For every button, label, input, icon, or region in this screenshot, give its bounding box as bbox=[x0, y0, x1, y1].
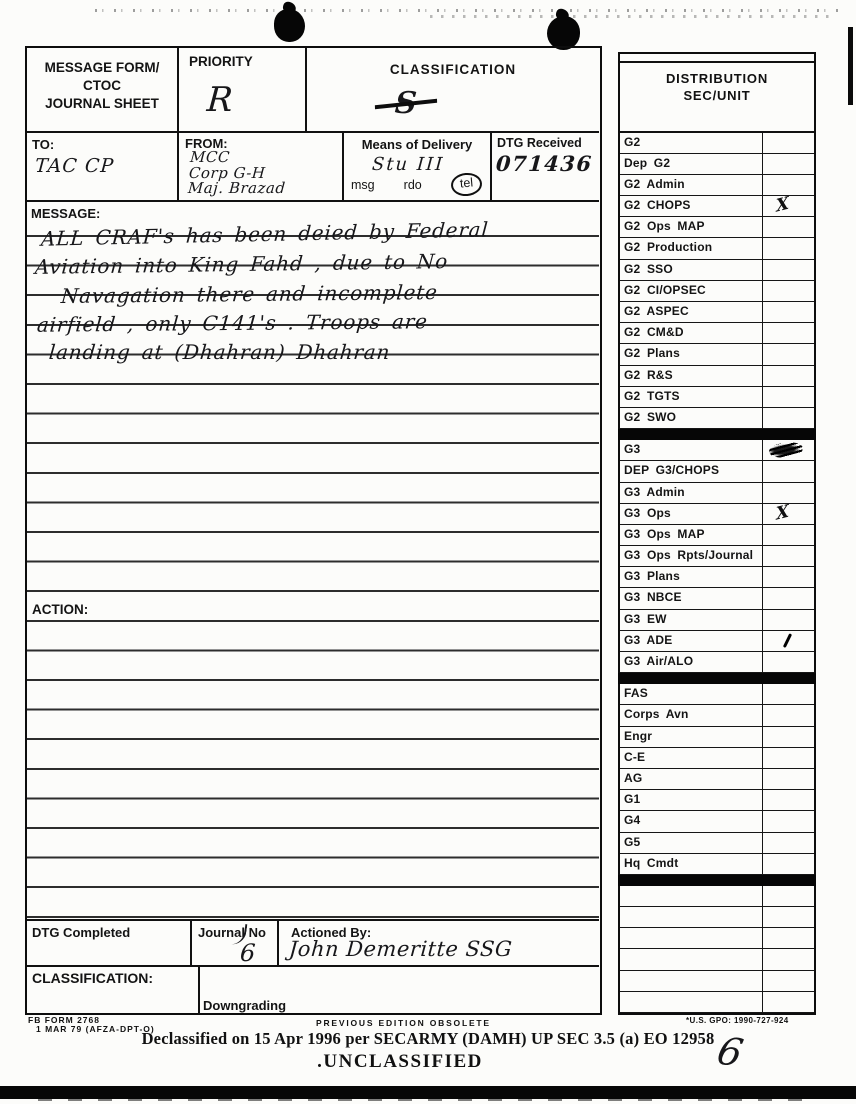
handwritten-x-mark: X bbox=[775, 193, 789, 216]
distribution-row-label: G2 ASPEC bbox=[620, 302, 762, 322]
distribution-row-label: G1 bbox=[620, 790, 762, 810]
distribution-row: G2 Production bbox=[620, 238, 814, 259]
distribution-row: G2 Plans bbox=[620, 344, 814, 365]
distribution-row: Engr bbox=[620, 727, 814, 748]
unclassified-stamp: .UNCLASSIFIED bbox=[0, 1051, 800, 1073]
distribution-row: G2 CI/OPSEC bbox=[620, 281, 814, 302]
message-handwritten-line: landing at (Dhahran) Dhahran bbox=[48, 340, 391, 364]
to-label: TO: bbox=[32, 137, 54, 152]
distribution-row-label: G2 Production bbox=[620, 238, 762, 258]
distribution-row-label: G2 SSO bbox=[620, 260, 762, 280]
distribution-row: G2 SSO bbox=[620, 260, 814, 281]
distribution-row-label: G3 Ops MAP bbox=[620, 525, 762, 545]
distribution-row: G2 bbox=[620, 133, 814, 154]
distribution-row: G2 R&S bbox=[620, 366, 814, 387]
distribution-row bbox=[620, 949, 814, 970]
distribution-row-label: DEP G3/CHOPS bbox=[620, 461, 762, 481]
message-label: MESSAGE: bbox=[31, 206, 100, 221]
section-divider-bar bbox=[618, 429, 816, 440]
distribution-check-cell: X bbox=[762, 196, 814, 216]
distribution-row: G4 bbox=[620, 811, 814, 832]
message-form: MESSAGE FORM/ CTOC JOURNAL SHEET PRIORIT… bbox=[25, 46, 602, 1015]
distribution-check-cell bbox=[762, 727, 814, 747]
distribution-check-cell bbox=[762, 366, 814, 386]
handwritten-slash-mark bbox=[783, 633, 792, 648]
distribution-check-cell bbox=[762, 461, 814, 481]
distribution-row-label: G2 TGTS bbox=[620, 387, 762, 407]
distribution-check-cell bbox=[762, 588, 814, 608]
distribution-row: G3 Plans bbox=[620, 567, 814, 588]
distribution-row-label: G3 ADE bbox=[620, 631, 762, 651]
scan-noise-band bbox=[95, 9, 840, 12]
distribution-row-label: G3 Air/ALO bbox=[620, 652, 762, 672]
distribution-row-label bbox=[620, 971, 762, 991]
distribution-row-label bbox=[620, 886, 762, 906]
journal-no-cell: Journal No 6 bbox=[192, 919, 279, 967]
delivery-option-rdo: rdo bbox=[404, 178, 422, 192]
ruled-lines bbox=[27, 235, 599, 919]
means-of-delivery-cell: Means of Delivery Stu III msgrdotel bbox=[344, 133, 492, 202]
distribution-check-cell bbox=[762, 344, 814, 364]
scan-noise-band bbox=[430, 15, 830, 18]
classification-bottom-cell: CLASSIFICATION: Downgrading bbox=[27, 967, 599, 1014]
distribution-check-cell bbox=[762, 323, 814, 343]
distribution-row-label: G3 bbox=[620, 440, 762, 460]
handwritten-scribble-mark bbox=[768, 441, 803, 458]
distribution-check-cell bbox=[762, 705, 814, 725]
distribution-check-cell bbox=[762, 408, 814, 428]
distribution-row-label: G2 SWO bbox=[620, 408, 762, 428]
distribution-row-label: G2 Plans bbox=[620, 344, 762, 364]
distribution-row bbox=[620, 928, 814, 949]
distribution-row bbox=[620, 992, 814, 1013]
distribution-table: DISTRIBUTION SEC/UNIT G2Dep G2G2 AdminG2… bbox=[618, 52, 816, 1015]
distribution-row: G3 NBCE bbox=[620, 588, 814, 609]
priority-label: PRIORITY bbox=[189, 54, 253, 69]
classification-bottom-label: CLASSIFICATION: bbox=[32, 970, 153, 986]
dtg-completed-cell: DTG Completed bbox=[27, 919, 192, 967]
distribution-check-cell bbox=[762, 133, 814, 153]
distribution-check-cell bbox=[762, 217, 814, 237]
distribution-check-cell bbox=[762, 154, 814, 174]
distribution-row-label: G3 EW bbox=[620, 610, 762, 630]
priority-cell: PRIORITY R bbox=[179, 48, 307, 133]
distribution-row: G3 Ops Rpts/Journal bbox=[620, 546, 814, 567]
distribution-row: G3 Admin bbox=[620, 483, 814, 504]
distribution-row bbox=[620, 886, 814, 907]
punch-hole-dot bbox=[547, 16, 580, 50]
distribution-row-label: Engr bbox=[620, 727, 762, 747]
means-handwritten-value: Stu III bbox=[371, 154, 445, 175]
distribution-check-cell bbox=[762, 281, 814, 301]
distribution-row bbox=[620, 907, 814, 928]
distribution-check-cell bbox=[762, 483, 814, 503]
distribution-check-cell bbox=[762, 260, 814, 280]
distribution-row: G5 bbox=[620, 833, 814, 854]
journal-no-handwritten-value: 6 bbox=[239, 939, 256, 967]
distribution-check-cell bbox=[762, 610, 814, 630]
distribution-row-label: C-E bbox=[620, 748, 762, 768]
punch-hole-dot bbox=[274, 9, 305, 42]
message-handwritten-line: Navagation there and incomplete bbox=[60, 280, 439, 308]
distribution-row: G3 OpsX bbox=[620, 504, 814, 525]
scan-edge-mark bbox=[848, 27, 853, 105]
distribution-row-label: G2 CM&D bbox=[620, 323, 762, 343]
scanned-message-form-page: MESSAGE FORM/ CTOC JOURNAL SHEET PRIORIT… bbox=[0, 0, 856, 1104]
distribution-row: AG bbox=[620, 769, 814, 790]
distribution-row-label: Dep G2 bbox=[620, 154, 762, 174]
distribution-row-label: G3 Ops Rpts/Journal bbox=[620, 546, 762, 566]
distribution-row-label: G2 Ops MAP bbox=[620, 217, 762, 237]
previous-edition-note: PREVIOUS EDITION OBSOLETE bbox=[316, 1018, 491, 1028]
distribution-row: G3 Air/ALO bbox=[620, 652, 814, 673]
distribution-row-label: Hq Cmdt bbox=[620, 854, 762, 874]
distribution-check-cell bbox=[762, 769, 814, 789]
distribution-row-label: AG bbox=[620, 769, 762, 789]
message-handwritten-line: airfield , only C141's . Troops are bbox=[36, 309, 429, 336]
distribution-row-label bbox=[620, 907, 762, 927]
distribution-row-label: FAS bbox=[620, 684, 762, 704]
from-handwritten-value: MCC Corp G-H Maj. Brazad bbox=[187, 150, 288, 197]
distribution-row: G1 bbox=[620, 790, 814, 811]
gpo-print-code: *U.S. GPO: 1990-727-924 bbox=[686, 1016, 789, 1025]
distribution-check-cell bbox=[762, 790, 814, 810]
dtg-received-handwritten-value: 071436 bbox=[495, 151, 593, 176]
distribution-row: Corps Avn bbox=[620, 705, 814, 726]
cell-divider bbox=[198, 967, 200, 1014]
distribution-row-label: G3 Ops bbox=[620, 504, 762, 524]
distribution-check-cell bbox=[762, 387, 814, 407]
dtg-received-cell: DTG Received 071436 bbox=[492, 133, 599, 202]
distribution-check-cell bbox=[762, 631, 814, 651]
distribution-row: Hq Cmdt bbox=[620, 854, 814, 875]
distribution-header: DISTRIBUTION SEC/UNIT bbox=[620, 54, 814, 133]
distribution-row: G2 CM&D bbox=[620, 323, 814, 344]
distribution-row: G2 TGTS bbox=[620, 387, 814, 408]
means-of-delivery-label: Means of Delivery bbox=[344, 133, 490, 152]
distribution-rows: G2Dep G2G2 AdminG2 CHOPSXG2 Ops MAPG2 Pr… bbox=[620, 133, 814, 1014]
distribution-row: G2 Ops MAP bbox=[620, 217, 814, 238]
distribution-check-cell bbox=[762, 949, 814, 969]
priority-handwritten-value: R bbox=[206, 80, 234, 120]
distribution-check-cell bbox=[762, 684, 814, 704]
distribution-row-label bbox=[620, 992, 762, 1012]
classification-handwritten-value: S bbox=[394, 86, 419, 121]
actioned-by-handwritten-value: John Demeritte SSG bbox=[288, 937, 513, 961]
distribution-row-label: Corps Avn bbox=[620, 705, 762, 725]
dtg-received-label: DTG Received bbox=[497, 136, 582, 150]
action-label: ACTION: bbox=[32, 602, 94, 617]
distribution-row: G2 ASPEC bbox=[620, 302, 814, 323]
distribution-check-cell bbox=[762, 971, 814, 991]
distribution-row: G3 Ops MAP bbox=[620, 525, 814, 546]
distribution-row-label: G2 bbox=[620, 133, 762, 153]
distribution-check-cell bbox=[762, 854, 814, 874]
classification-label: CLASSIFICATION bbox=[390, 62, 516, 77]
from-cell: FROM: MCC Corp G-H Maj. Brazad bbox=[179, 133, 344, 202]
actioned-by-cell: Actioned By: John Demeritte SSG bbox=[279, 919, 599, 967]
distribution-row-label: G2 Admin bbox=[620, 175, 762, 195]
distribution-check-cell bbox=[762, 546, 814, 566]
dtg-completed-label: DTG Completed bbox=[32, 925, 130, 940]
distribution-row: G3 ADE bbox=[620, 631, 814, 652]
handwritten-x-mark: X bbox=[775, 501, 789, 524]
distribution-check-cell bbox=[762, 992, 814, 1012]
form-title-line: CTOC bbox=[27, 77, 177, 95]
distribution-check-cell bbox=[762, 652, 814, 672]
distribution-row-label bbox=[620, 928, 762, 948]
distribution-row-label: G3 Admin bbox=[620, 483, 762, 503]
distribution-check-cell bbox=[762, 886, 814, 906]
distribution-check-cell bbox=[762, 928, 814, 948]
distribution-check-cell bbox=[762, 440, 814, 460]
to-cell: TO: TAC CP bbox=[27, 133, 179, 202]
distribution-row-label: G3 NBCE bbox=[620, 588, 762, 608]
classification-cell: CLASSIFICATION S bbox=[307, 48, 599, 133]
distribution-row: Dep G2 bbox=[620, 154, 814, 175]
distribution-check-cell bbox=[762, 175, 814, 195]
distribution-row-label: G4 bbox=[620, 811, 762, 831]
delivery-options: msgrdotel bbox=[351, 173, 482, 196]
distribution-row-label: G5 bbox=[620, 833, 762, 853]
distribution-check-cell bbox=[762, 525, 814, 545]
distribution-check-cell bbox=[762, 748, 814, 768]
form-title: MESSAGE FORM/ CTOC JOURNAL SHEET bbox=[27, 48, 179, 133]
scan-bottom-bar bbox=[0, 1086, 856, 1099]
to-handwritten-value: TAC CP bbox=[34, 155, 115, 177]
message-and-action-area: MESSAGE: ACTION: ALL CRAF's has been dei… bbox=[27, 202, 599, 919]
distribution-row-label: G2 R&S bbox=[620, 366, 762, 386]
distribution-check-cell: X bbox=[762, 504, 814, 524]
distribution-row: G2 CHOPSX bbox=[620, 196, 814, 217]
distribution-check-cell bbox=[762, 907, 814, 927]
distribution-row-label: G2 CI/OPSEC bbox=[620, 281, 762, 301]
distribution-row: G3 EW bbox=[620, 610, 814, 631]
form-title-line: MESSAGE FORM/ bbox=[27, 59, 177, 77]
downgrading-label: Downgrading bbox=[203, 998, 286, 1013]
distribution-check-cell bbox=[762, 833, 814, 853]
distribution-check-cell bbox=[762, 238, 814, 258]
distribution-row: G2 SWO bbox=[620, 408, 814, 429]
distribution-row bbox=[620, 971, 814, 992]
distribution-row: C-E bbox=[620, 748, 814, 769]
section-divider-bar bbox=[618, 673, 816, 684]
distribution-row: DEP G3/CHOPS bbox=[620, 461, 814, 482]
distribution-row-label: G2 CHOPS bbox=[620, 196, 762, 216]
distribution-check-cell bbox=[762, 811, 814, 831]
distribution-row: FAS bbox=[620, 684, 814, 705]
distribution-check-cell bbox=[762, 567, 814, 587]
section-divider-bar bbox=[618, 875, 816, 886]
distribution-row: G3 bbox=[620, 440, 814, 461]
distribution-row-label bbox=[620, 949, 762, 969]
delivery-option-tel: tel bbox=[450, 172, 483, 198]
delivery-option-msg: msg bbox=[351, 178, 375, 192]
distribution-row-label: G3 Plans bbox=[620, 567, 762, 587]
form-title-line: JOURNAL SHEET bbox=[27, 95, 177, 113]
distribution-check-cell bbox=[762, 302, 814, 322]
